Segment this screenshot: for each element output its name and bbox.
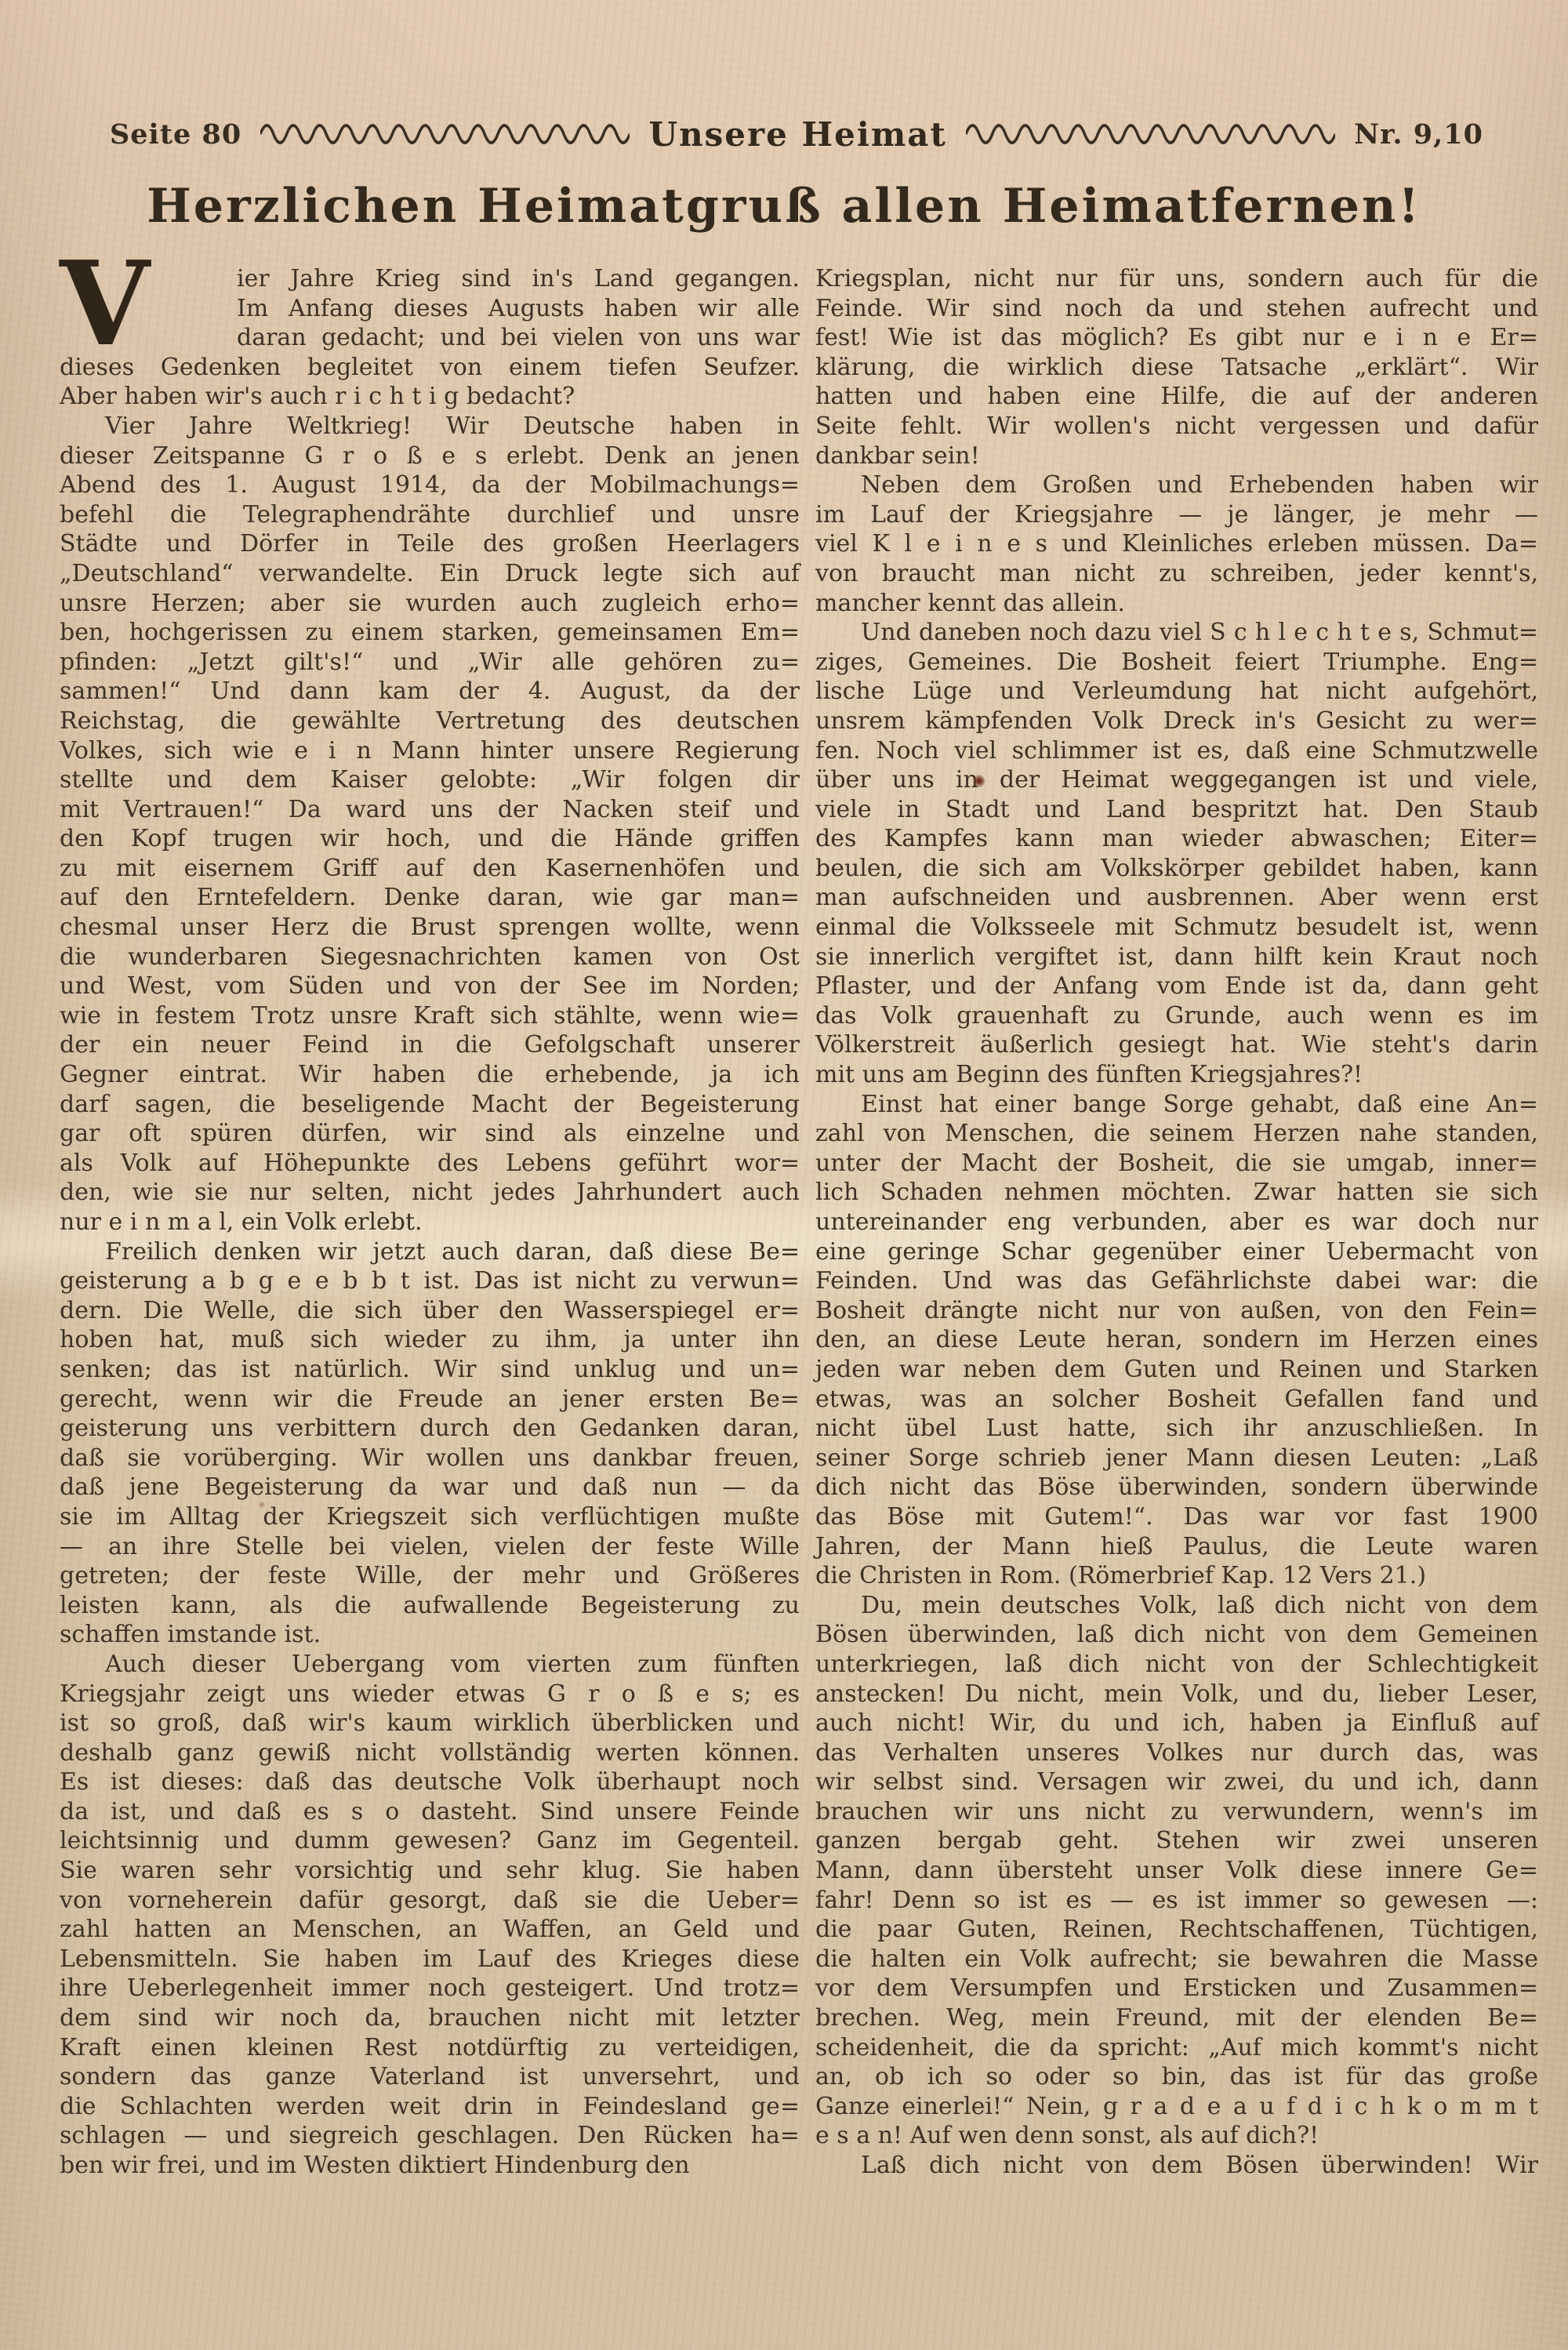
text-line: auf den Erntefeldern. Denke daran, wie g… [60, 883, 800, 913]
text-line: unterkriegen, laß dich nicht von der Sch… [815, 1650, 1538, 1680]
text-line: ihre Ueberlegenheit immer noch gesteiger… [60, 1974, 800, 2003]
text-line: Neben dem Großen und Erhebenden haben wi… [815, 470, 1538, 500]
text-line: sammen!“ Und dann kam der 4. August, da … [60, 677, 800, 706]
text-line: hoben hat, muß sich wieder zu ihm, ja un… [60, 1325, 800, 1355]
article-headline: Herzlichen Heimatgruß allen Heimatfernen… [0, 179, 1568, 234]
text-line: an, ob ich so oder so bin, das ist für d… [815, 2062, 1538, 2092]
text-line: Reichstag, die gewählte Vertretung des d… [60, 706, 800, 736]
text-line: dich nicht das Böse überwinden, sondern … [815, 1473, 1538, 1502]
text-line: Laß dich nicht von dem Bösen überwinden!… [815, 2151, 1538, 2181]
text-line: die Schlachten werden weit drin in Feind… [60, 2092, 800, 2122]
text-line: nur e i n m a l, ein Volk erlebt. [60, 1208, 800, 1237]
text-line: im Lauf der Kriegsjahre — je länger, je … [815, 500, 1538, 530]
right-column-lines: Kriegsplan, nicht nur für uns, sondern a… [815, 264, 1538, 2181]
text-line: jeden war neben dem Guten und Reinen und… [815, 1355, 1538, 1385]
text-line: den Kopf trugen wir hoch, und die Hände … [60, 824, 800, 854]
text-line: Pflaster, und der Anfang vom Ende ist da… [815, 972, 1538, 1001]
text-line: wie in festem Trotz unsre Kraft sich stä… [60, 1001, 800, 1031]
text-line: den, wie sie nur selten, nicht jedes Jah… [60, 1178, 800, 1208]
text-line: unsre Herzen; aber sie wurden auch zugle… [60, 589, 800, 619]
text-line: Kriegsplan, nicht nur für uns, sondern a… [815, 264, 1538, 294]
drop-cap-initial: V [60, 264, 237, 352]
text-line: Mann, dann übersteht unser Volk diese in… [815, 1856, 1538, 1886]
text-line: zahl hatten an Menschen, an Waffen, an G… [60, 1915, 800, 1945]
text-line: anstecken! Du nicht, mein Volk, und du, … [815, 1680, 1538, 1709]
text-line: Seite fehlt. Wir wollen's nicht vergesse… [815, 412, 1538, 441]
text-line: das Verhalten unseres Volkes nur durch d… [815, 1738, 1538, 1768]
text-line: dieses Gedenken begleitet von einem tief… [60, 353, 800, 383]
text-line: scheidenheit, die da spricht: „Auf mich … [815, 2033, 1538, 2063]
text-line: wir selbst sind. Versagen wir zwei, du u… [815, 1767, 1538, 1797]
text-line: lische Lüge und Verleumdung hat nicht au… [815, 677, 1538, 706]
text-line: von vorneherein dafür gesorgt, daß sie d… [60, 1886, 800, 1916]
issue-number-label: Nr. 9,10 [1354, 118, 1483, 151]
text-line: die halten ein Volk aufrecht; sie bewahr… [815, 1945, 1538, 1974]
text-line: der ein neuer Feind in die Gefolgschaft … [60, 1030, 800, 1060]
text-line: Freilich denken wir jetzt auch daran, da… [60, 1237, 800, 1267]
text-line: dankbar sein! [815, 441, 1538, 471]
text-column-right: Kriegsplan, nicht nur für uns, sondern a… [815, 264, 1538, 2181]
text-line: etwas, was an solcher Bosheit Gefallen f… [815, 1385, 1538, 1415]
wave-chain-ornament-right-icon [966, 121, 1335, 147]
newspaper-page: Seite 80 Unsere Heimat Nr. 9,10 Herzlich… [0, 0, 1568, 2350]
text-line: dieser Zeitspanne G r o ß e s erlebt. De… [60, 441, 800, 471]
running-head: Seite 80 Unsere Heimat Nr. 9,10 [110, 116, 1483, 152]
text-line: und West, vom Süden und von der See im N… [60, 972, 800, 1001]
text-line: daß sie vorüberging. Wir wollen uns dank… [60, 1444, 800, 1473]
text-line: zu mit eisernem Griff auf den Kasernenhö… [60, 854, 800, 884]
text-line: Es ist dieses: daß das deutsche Volk übe… [60, 1767, 800, 1797]
text-line: viel K l e i n e s und Kleinliches erleb… [815, 529, 1538, 559]
text-line: das Volk grauenhaft zu Grunde, auch wenn… [815, 1001, 1538, 1031]
text-line: sie innerlich vergiftet ist, dann hilft … [815, 943, 1538, 972]
text-line: Sie waren sehr vorsichtig und sehr klug.… [60, 1856, 800, 1886]
text-line: untereinander eng verbunden, aber es war… [815, 1208, 1538, 1237]
text-line: Auch dieser Uebergang vom vierten zum fü… [60, 1650, 800, 1680]
text-line: auch nicht! Wir, du und ich, haben ja Ei… [815, 1709, 1538, 1738]
text-line: geisterung uns verbittern durch den Geda… [60, 1414, 800, 1444]
text-line: eine geringe Schar gegenüber einer Ueber… [815, 1237, 1538, 1267]
text-line: fahr! Denn so ist es — es ist immer so g… [815, 1886, 1538, 1916]
text-line: lich Schaden nehmen möchten. Zwar hatten… [815, 1178, 1538, 1208]
text-line: viele in Stadt und Land bespritzt hat. D… [815, 795, 1538, 825]
text-line: Bosheit drängte nicht nur von außen, von… [815, 1296, 1538, 1326]
text-line: Kraft einen kleinen Rest notdürftig zu v… [60, 2033, 800, 2063]
text-column-left: V ier Jahre Krieg sind in's Land gegange… [60, 264, 800, 2181]
text-line: mit uns am Beginn des fünften Kriegsjahr… [815, 1060, 1538, 1090]
text-line: senken; das ist natürlich. Wir sind unkl… [60, 1355, 800, 1385]
text-line: ben, hochgerissen zu einem starken, geme… [60, 618, 800, 648]
text-line: Gegner eintrat. Wir haben die erhebende,… [60, 1060, 800, 1090]
text-line: brauchen wir uns nicht zu verwundern, we… [815, 1797, 1538, 1827]
text-line: ben wir frei, und im Westen diktiert Hin… [60, 2151, 800, 2181]
text-line: zahl von Menschen, die seinem Herzen nah… [815, 1119, 1538, 1149]
text-line: Bösen überwinden, laß dich nicht von dem… [815, 1620, 1538, 1650]
text-line: Feinden. Und was das Gefährlichste dabei… [815, 1266, 1538, 1296]
text-line: über uns in der Heimat weggegangen ist u… [815, 765, 1538, 795]
text-line: die Christen in Rom. (Römerbrief Kap. 12… [815, 1561, 1538, 1591]
text-line: beulen, die sich am Volkskörper gebildet… [815, 854, 1538, 884]
text-line: von braucht man nicht zu schreiben, jede… [815, 559, 1538, 589]
text-line: daß jene Begeisterung da war und daß nun… [60, 1473, 800, 1502]
text-line: hatten und haben eine Hilfe, die auf der… [815, 382, 1538, 412]
text-line: Lebensmitteln. Sie haben im Lauf des Kri… [60, 1945, 800, 1974]
wave-chain-ornament-left-icon [260, 121, 630, 147]
text-line: Du, mein deutsches Volk, laß dich nicht … [815, 1591, 1538, 1621]
text-line: ganzen bergab geht. Stehen wir zwei unse… [815, 1826, 1538, 1856]
text-line: stellte und dem Kaiser gelobte: „Wir fol… [60, 765, 800, 795]
text-line: pfinden: „Jetzt gilt's!“ und „Wir alle g… [60, 648, 800, 677]
text-line: deshalb ganz gewiß nicht vollständig wer… [60, 1738, 800, 1768]
text-line: mancher kennt das allein. [815, 589, 1538, 619]
text-line: chesmal unser Herz die Brust sprengen wo… [60, 913, 800, 943]
text-line: sie im Alltag der Kriegszeit sich verflü… [60, 1502, 800, 1532]
text-line: Vier Jahre Weltkrieg! Wir Deutsche haben… [60, 412, 800, 441]
text-line: „Deutschland“ verwandelte. Ein Druck leg… [60, 559, 800, 589]
text-line: ziges, Gemeines. Die Bosheit feiert Triu… [815, 648, 1538, 677]
text-line: seiner Sorge schrieb jener Mann diesen L… [815, 1444, 1538, 1473]
text-line: da ist, und daß es s o dasteht. Sind uns… [60, 1797, 800, 1827]
text-line: Kriegsjahr zeigt uns wieder etwas G r o … [60, 1680, 800, 1709]
text-line: Städte und Dörfer in Teile des großen He… [60, 529, 800, 559]
text-line: man aufschneiden und ausbrennen. Aber we… [815, 883, 1538, 913]
text-line: Einst hat einer bange Sorge gehabt, daß … [815, 1090, 1538, 1120]
text-line: Und daneben noch dazu viel S c h l e c h… [815, 618, 1538, 648]
text-line: geisterung a b g e e b b t ist. Das ist … [60, 1266, 800, 1296]
text-line: schlagen — und siegreich geschlagen. Den… [60, 2121, 800, 2151]
text-line: mit Vertrauen!“ Da ward uns der Nacken s… [60, 795, 800, 825]
text-line: unter der Macht der Bosheit, die sie umg… [815, 1149, 1538, 1179]
text-line: brechen. Weg, mein Freund, mit der elend… [815, 2003, 1538, 2033]
page-number-label: Seite 80 [110, 118, 241, 151]
text-line: dern. Die Welle, die sich über den Wasse… [60, 1296, 800, 1326]
text-line: Jahren, der Mann hieß Paulus, die Leute … [815, 1532, 1538, 1562]
text-line: schaffen imstande ist. [60, 1620, 800, 1650]
text-line: Ganze einerlei!“ Nein, g r a d e a u f d… [815, 2092, 1538, 2122]
text-line: Volkes, sich wie e i n Mann hinter unser… [60, 736, 800, 766]
text-line: dem sind wir noch da, brauchen nicht mit… [60, 2003, 800, 2033]
text-line: sondern das ganze Vaterland ist unverseh… [60, 2062, 800, 2092]
text-line: unsrem kämpfenden Volk Dreck in's Gesich… [815, 706, 1538, 736]
journal-title: Unsere Heimat [648, 115, 946, 154]
text-line: einmal die Volksseele mit Schmutz besude… [815, 913, 1538, 943]
text-line: e s a n! Auf wen denn sonst, als auf dic… [815, 2121, 1538, 2151]
text-line: gerecht, wenn wir die Freude an jener er… [60, 1385, 800, 1415]
text-line: leisten kann, als die aufwallende Begeis… [60, 1591, 800, 1621]
text-line: vor dem Versumpfen und Ersticken und Zus… [815, 1974, 1538, 2003]
text-line: darf sagen, die beseligende Macht der Be… [60, 1090, 800, 1120]
text-line: befehl die Telegraphendrähte durchlief u… [60, 500, 800, 530]
text-line: klärung, die wirklich diese Tatsache „er… [815, 353, 1538, 383]
text-line: ist so groß, daß wir's kaum wirklich übe… [60, 1709, 800, 1738]
text-line: fen. Noch viel schlimmer ist es, daß ein… [815, 736, 1538, 766]
text-line: — an ihre Stelle bei vielen, vielen der … [60, 1532, 800, 1562]
text-line: leichtsinnig und dumm gewesen? Ganz im G… [60, 1826, 800, 1856]
left-column-lines: ier Jahre Krieg sind in's Land gegangen.… [60, 264, 800, 2181]
text-line: nicht übel Lust hatte, sich ihr anzuschl… [815, 1414, 1538, 1444]
text-line: getreten; der feste Wille, der mehr und … [60, 1561, 800, 1591]
text-line: fest! Wie ist das möglich? Es gibt nur e… [815, 323, 1538, 353]
text-line: als Volk auf Höhepunkte des Lebens gefüh… [60, 1149, 800, 1179]
text-line: Abend des 1. August 1914, da der Mobilma… [60, 470, 800, 500]
text-line: des Kampfes kann man wieder abwaschen; E… [815, 824, 1538, 854]
text-line: die paar Guten, Reinen, Rechtschaffenen,… [815, 1915, 1538, 1945]
text-line: die wunderbaren Siegesnachrichten kamen … [60, 943, 800, 972]
text-line: den, an diese Leute heran, sondern im He… [815, 1325, 1538, 1355]
text-line: das Böse mit Gutem!“. Das war vor fast 1… [815, 1502, 1538, 1532]
text-line: gar oft spüren dürfen, wir sind als einz… [60, 1119, 800, 1149]
text-line: Feinde. Wir sind noch da und stehen aufr… [815, 294, 1538, 324]
text-line: Aber haben wir's auch r i c h t i g beda… [60, 382, 800, 412]
text-line: Völkerstreit äußerlich gesiegt hat. Wie … [815, 1030, 1538, 1060]
